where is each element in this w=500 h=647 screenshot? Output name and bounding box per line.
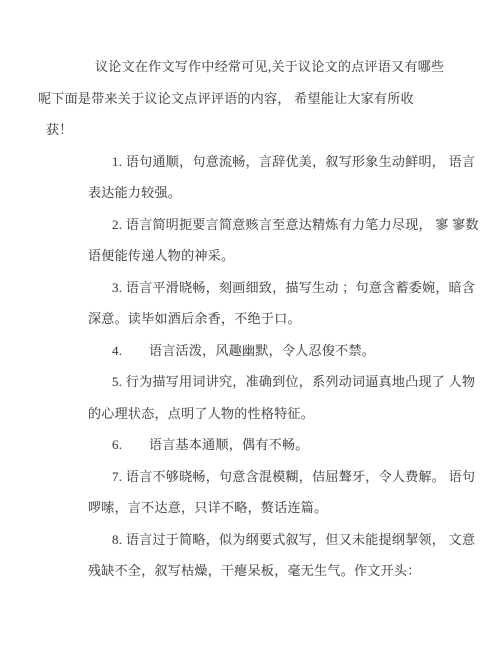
item-2-line-2: 语便能传递人物的神采。 [88, 240, 500, 272]
item-4-line-1: 4. 语言活泼，风趣幽默，令人忍俊不禁。 [112, 335, 500, 367]
intro-line-3: 获！ [46, 114, 500, 146]
document-body: 议论文在作文写作中经常可见,关于议论文的点评语又有哪些 呢下面是带来关于议论文点… [0, 51, 500, 587]
intro-line-1: 议论文在作文写作中经常可见,关于议论文的点评语又有哪些 [95, 51, 500, 83]
item-8-line-1: 8. 语言过于简略，似为纲要式叙写，但又未能提纲挈领， 文意 [112, 524, 500, 556]
item-5-line-2: 的心理状态，点明了人物的性格特征。 [88, 398, 500, 430]
item-1-line-1: 1. 语句通顺，句意流畅，言辞优美，叙写形象生动鲜明， 语言 [112, 146, 500, 178]
document-page: 议论文在作文写作中经常可见,关于议论文的点评语又有哪些 呢下面是带来关于议论文点… [0, 0, 500, 647]
item-3-line-1: 3. 语言平滑晓畅，刻画细致，描写生动 ；句意含蓄委婉，暗含 [112, 272, 500, 304]
item-8-line-2: 残缺不全，叙写枯燥，干瘪呆板，毫无生气。作文开头： [88, 555, 500, 587]
item-7-line-1: 7. 语言不够晓畅，句意含混模糊，佶屈聱牙，令人费解。 语句 [112, 461, 500, 493]
item-6-line-1: 6. 语言基本通顺，偶有不畅。 [112, 429, 500, 461]
intro-line-2: 呢下面是带来关于议论文点评评语的内容， 希望能让大家有所收 [38, 83, 500, 115]
item-3-line-2: 深意。读毕如酒后余香，不绝于口。 [88, 303, 500, 335]
item-5-line-1: 5. 行为描写用词讲究，准确到位，系列动词逼真地凸现了 人物 [112, 366, 500, 398]
item-1-line-2: 表达能力较强。 [88, 177, 500, 209]
item-7-line-2: 啰嗦，言不达意，只详不略，赘话连篇。 [88, 492, 500, 524]
item-2-line-1: 2. 语言简明扼要言简意赅言至意达精炼有力笔力尽现， 寥 寥数 [112, 209, 500, 241]
